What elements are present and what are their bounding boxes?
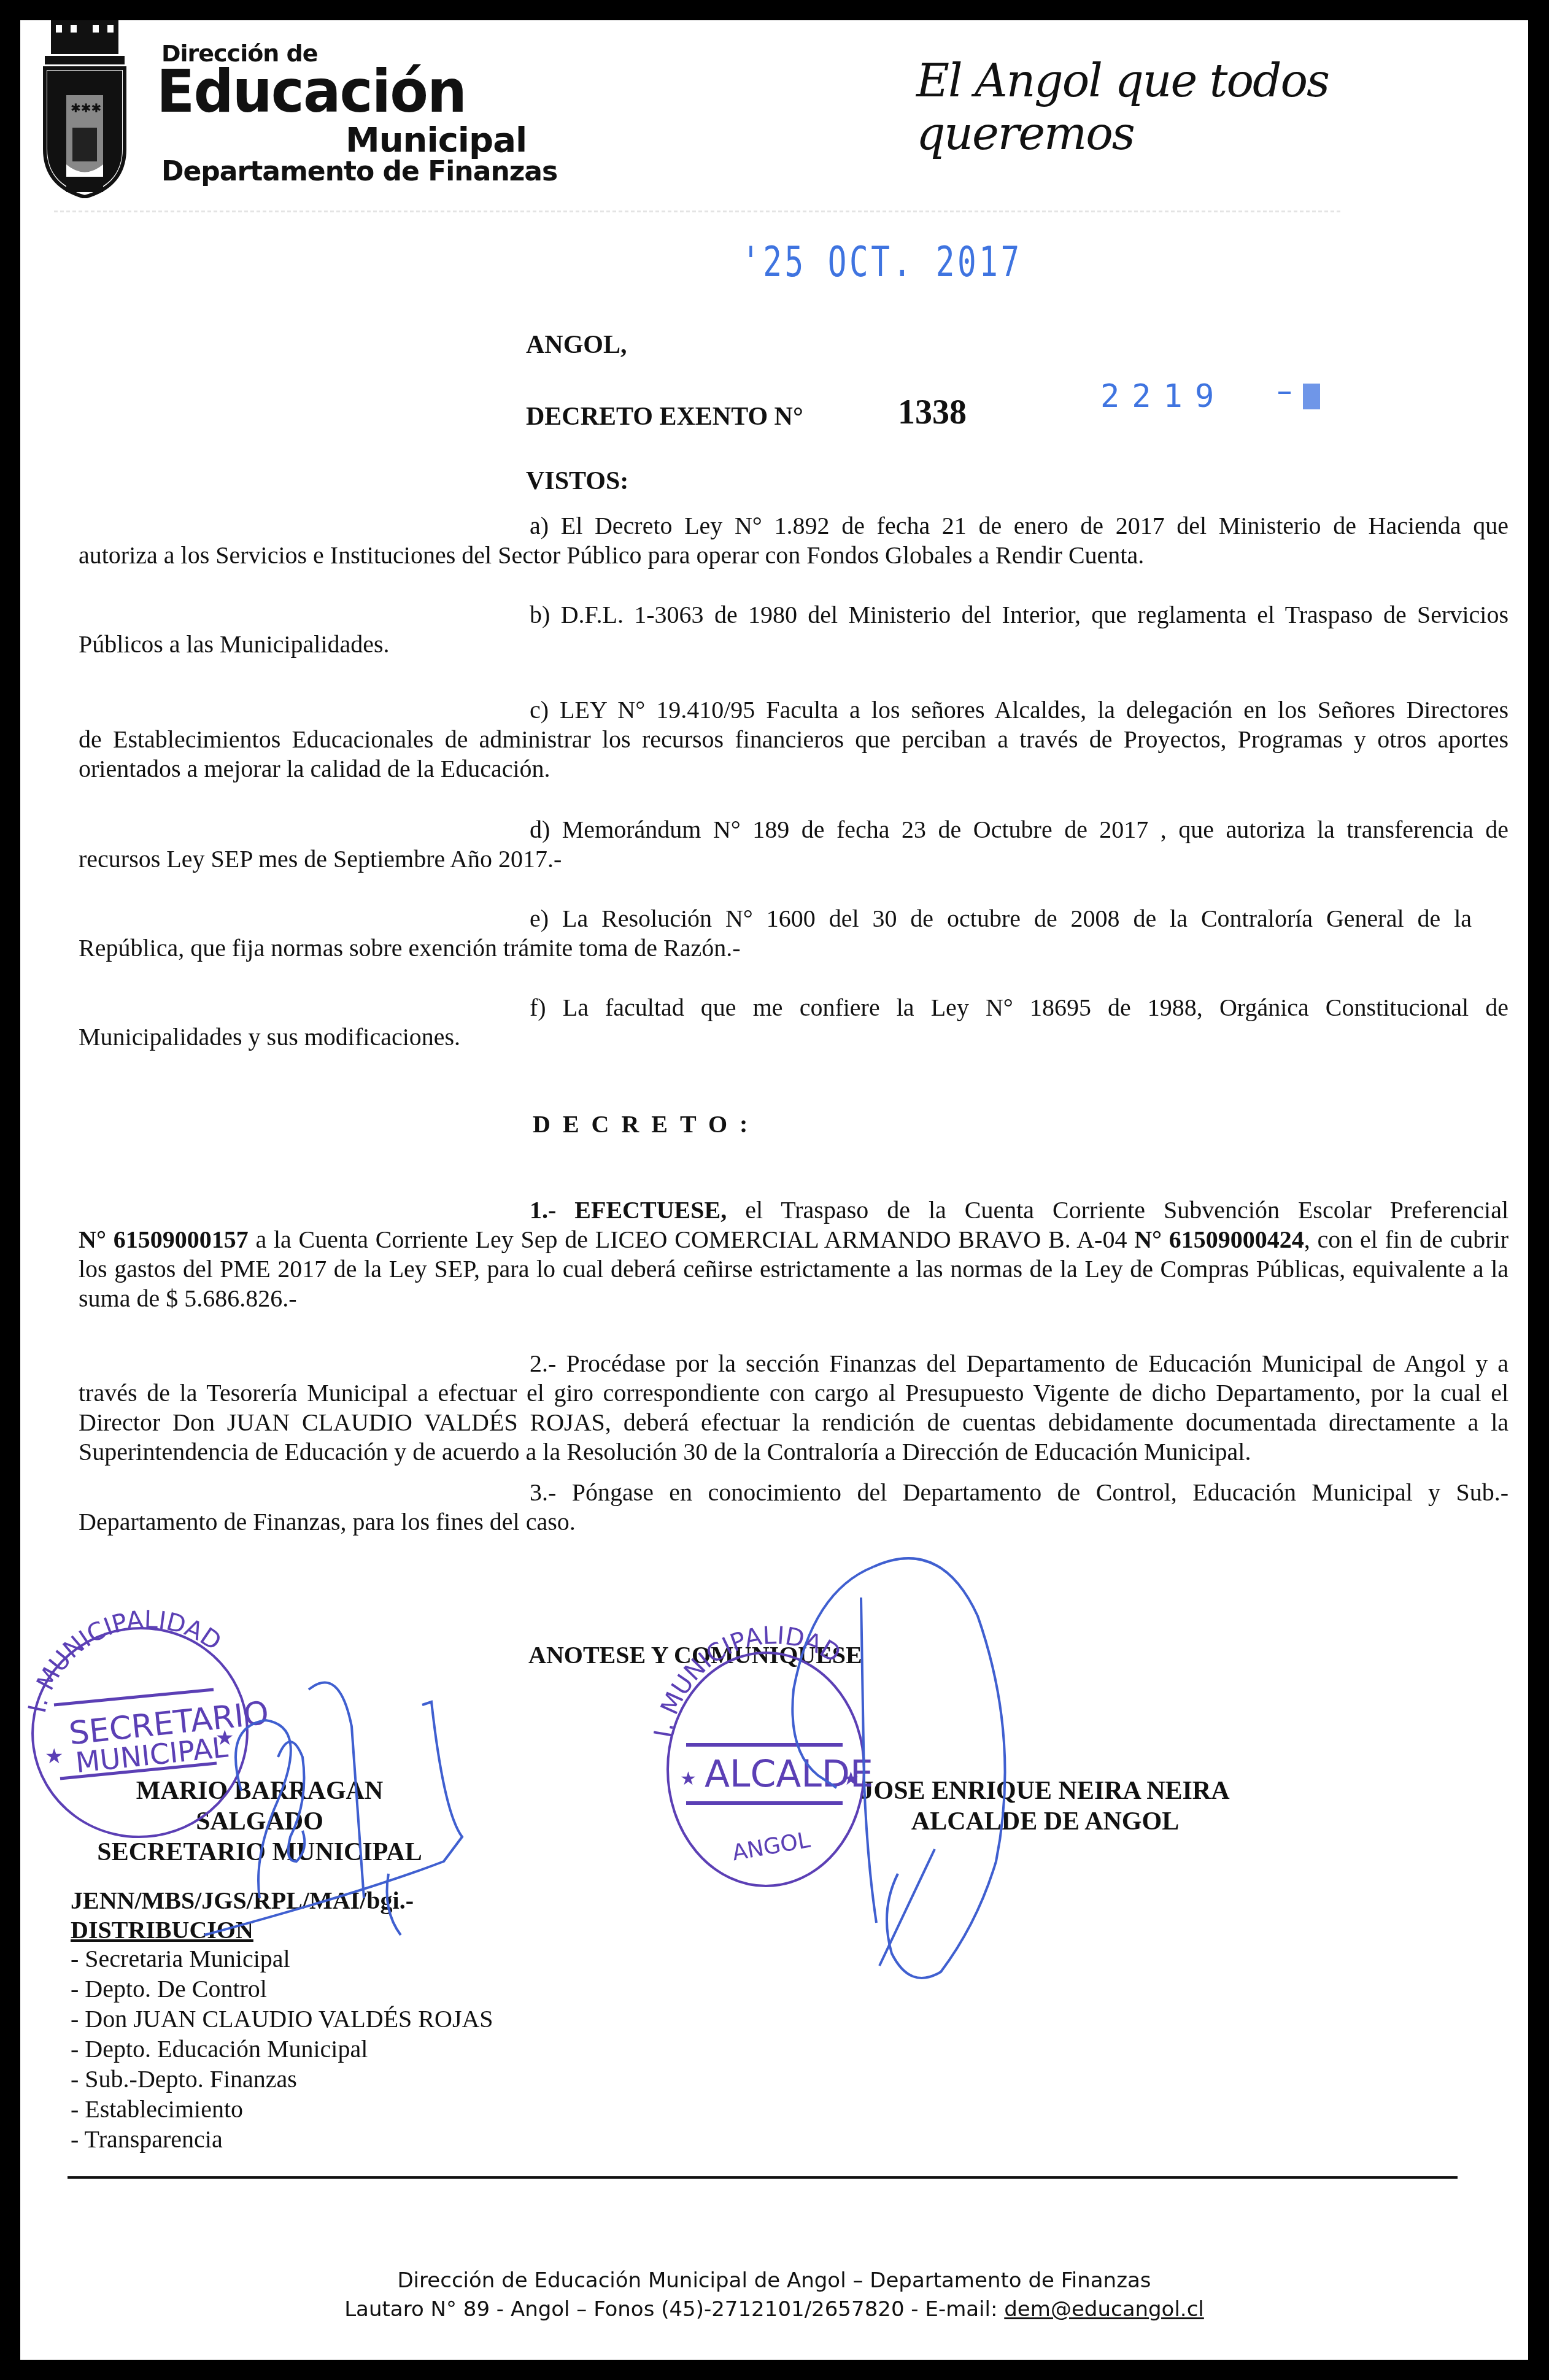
visto-c: c) LEY N° 19.410/95 Faculta a los señore… <box>79 695 1508 784</box>
decreto-title: DECRETO: <box>533 1110 760 1138</box>
svg-text:I. MUNICIPALIDAD: I. MUNICIPALIDAD <box>23 1605 226 1715</box>
footer-line-2: Lautaro N° 89 - Angol – Fonos (45)-27121… <box>20 2297 1528 2322</box>
distribution-title: DISTRIBUCION <box>71 1915 253 1944</box>
svg-text:✱✱✱: ✱✱✱ <box>71 102 101 115</box>
svg-text:I. MUNICIPALIDAD: I. MUNICIPALIDAD <box>649 1621 845 1740</box>
registry-stamp-block <box>1303 384 1320 409</box>
coat-of-arms-icon: ✱✱✱ <box>39 20 131 198</box>
article-1: 1.- EFECTUESE, el Traspaso de la Cuenta … <box>79 1196 1508 1313</box>
list-item: - Don JUAN CLAUDIO VALDÉS ROJAS <box>71 2004 493 2034</box>
signatory-secretary: MARIO BARRAGAN SALGADO SECRETARIO MUNICI… <box>75 1775 444 1868</box>
source-account: N° 61509000157 <box>79 1226 249 1253</box>
visto-f: f) La facultad que me confiere la Ley N°… <box>79 993 1508 1052</box>
decree-page: ✱✱✱ Dirección de Educación Municipal Dep… <box>20 20 1528 2360</box>
svg-text:MUNICIPAL: MUNICIPAL <box>74 1731 230 1780</box>
list-item: - Secretaria Municipal <box>71 1944 493 1974</box>
header-line-2: Educación <box>156 62 466 121</box>
svg-text:★: ★ <box>45 1745 63 1768</box>
list-item: - Depto. Educación Municipal <box>71 2034 493 2064</box>
footer-divider <box>68 2176 1458 2179</box>
list-item: - Transparencia <box>71 2124 493 2154</box>
visto-d: d) Memorándum N° 189 de fecha 23 de Octu… <box>79 815 1508 874</box>
mayor-seal-icon <box>668 1653 864 1886</box>
svg-text:★: ★ <box>215 1727 234 1750</box>
decree-number: 1338 <box>898 393 967 432</box>
footer-line-1: Dirección de Educación Municipal de Ango… <box>20 2268 1528 2293</box>
target-account: N° 61509000424 <box>1134 1226 1304 1253</box>
received-date-stamp: '25 OCT. 2017 <box>741 238 1022 287</box>
header-line-3: Municipal <box>346 123 527 158</box>
email-link[interactable]: dem@educangol.cl <box>1004 2297 1204 2322</box>
motto: El Angol que todos queremos <box>916 55 1528 160</box>
article-3: 3.- Póngase en conocimiento del Departam… <box>79 1478 1508 1537</box>
article-2: 2.- Procédase por la sección Finanzas de… <box>79 1349 1508 1467</box>
distribution-list: - Secretaria Municipal - Depto. De Contr… <box>71 1944 493 2154</box>
city: ANGOL, <box>526 330 627 360</box>
svg-text:★: ★ <box>680 1769 697 1789</box>
list-item: - Establecimiento <box>71 2094 493 2124</box>
header-divider <box>54 211 1343 212</box>
visto-b: b) D.F.L. 1-3063 de 1980 del Ministerio … <box>79 600 1508 659</box>
decree-label: DECRETO EXENTO N° <box>526 402 803 431</box>
vistos-title: VISTOS: <box>526 466 628 496</box>
svg-text:ANGOL: ANGOL <box>730 1828 812 1866</box>
list-item: - Sub.-Depto. Finanzas <box>71 2064 493 2094</box>
initials: JENN/MBS/JGS/RPL/MAI/bgi.- <box>71 1886 414 1915</box>
article-1-lead: EFECTUESE, <box>574 1196 727 1224</box>
svg-text:ALCALDE: ALCALDE <box>705 1753 873 1796</box>
header-line-4: Departamento de Finanzas <box>161 158 557 185</box>
visto-e: e) La Resolución N° 1600 del 30 de octub… <box>79 904 1472 963</box>
mayor-signature-icon <box>792 1558 1005 1978</box>
visto-a: a) El Decreto Ley N° 1.892 de fecha 21 d… <box>79 511 1508 570</box>
svg-text:SECRETARIO: SECRETARIO <box>68 1695 271 1753</box>
list-item: - Depto. De Control <box>71 1974 493 2004</box>
registry-stamp-mark <box>1278 392 1291 394</box>
signatory-mayor: JOSE ENRIQUE NEIRA NEIRA ALCALDE DE ANGO… <box>855 1775 1235 1837</box>
closing-formula: ANOTESE Y COMUNIQUESE <box>528 1640 862 1669</box>
registry-number-stamp: 2219 <box>1100 378 1226 415</box>
